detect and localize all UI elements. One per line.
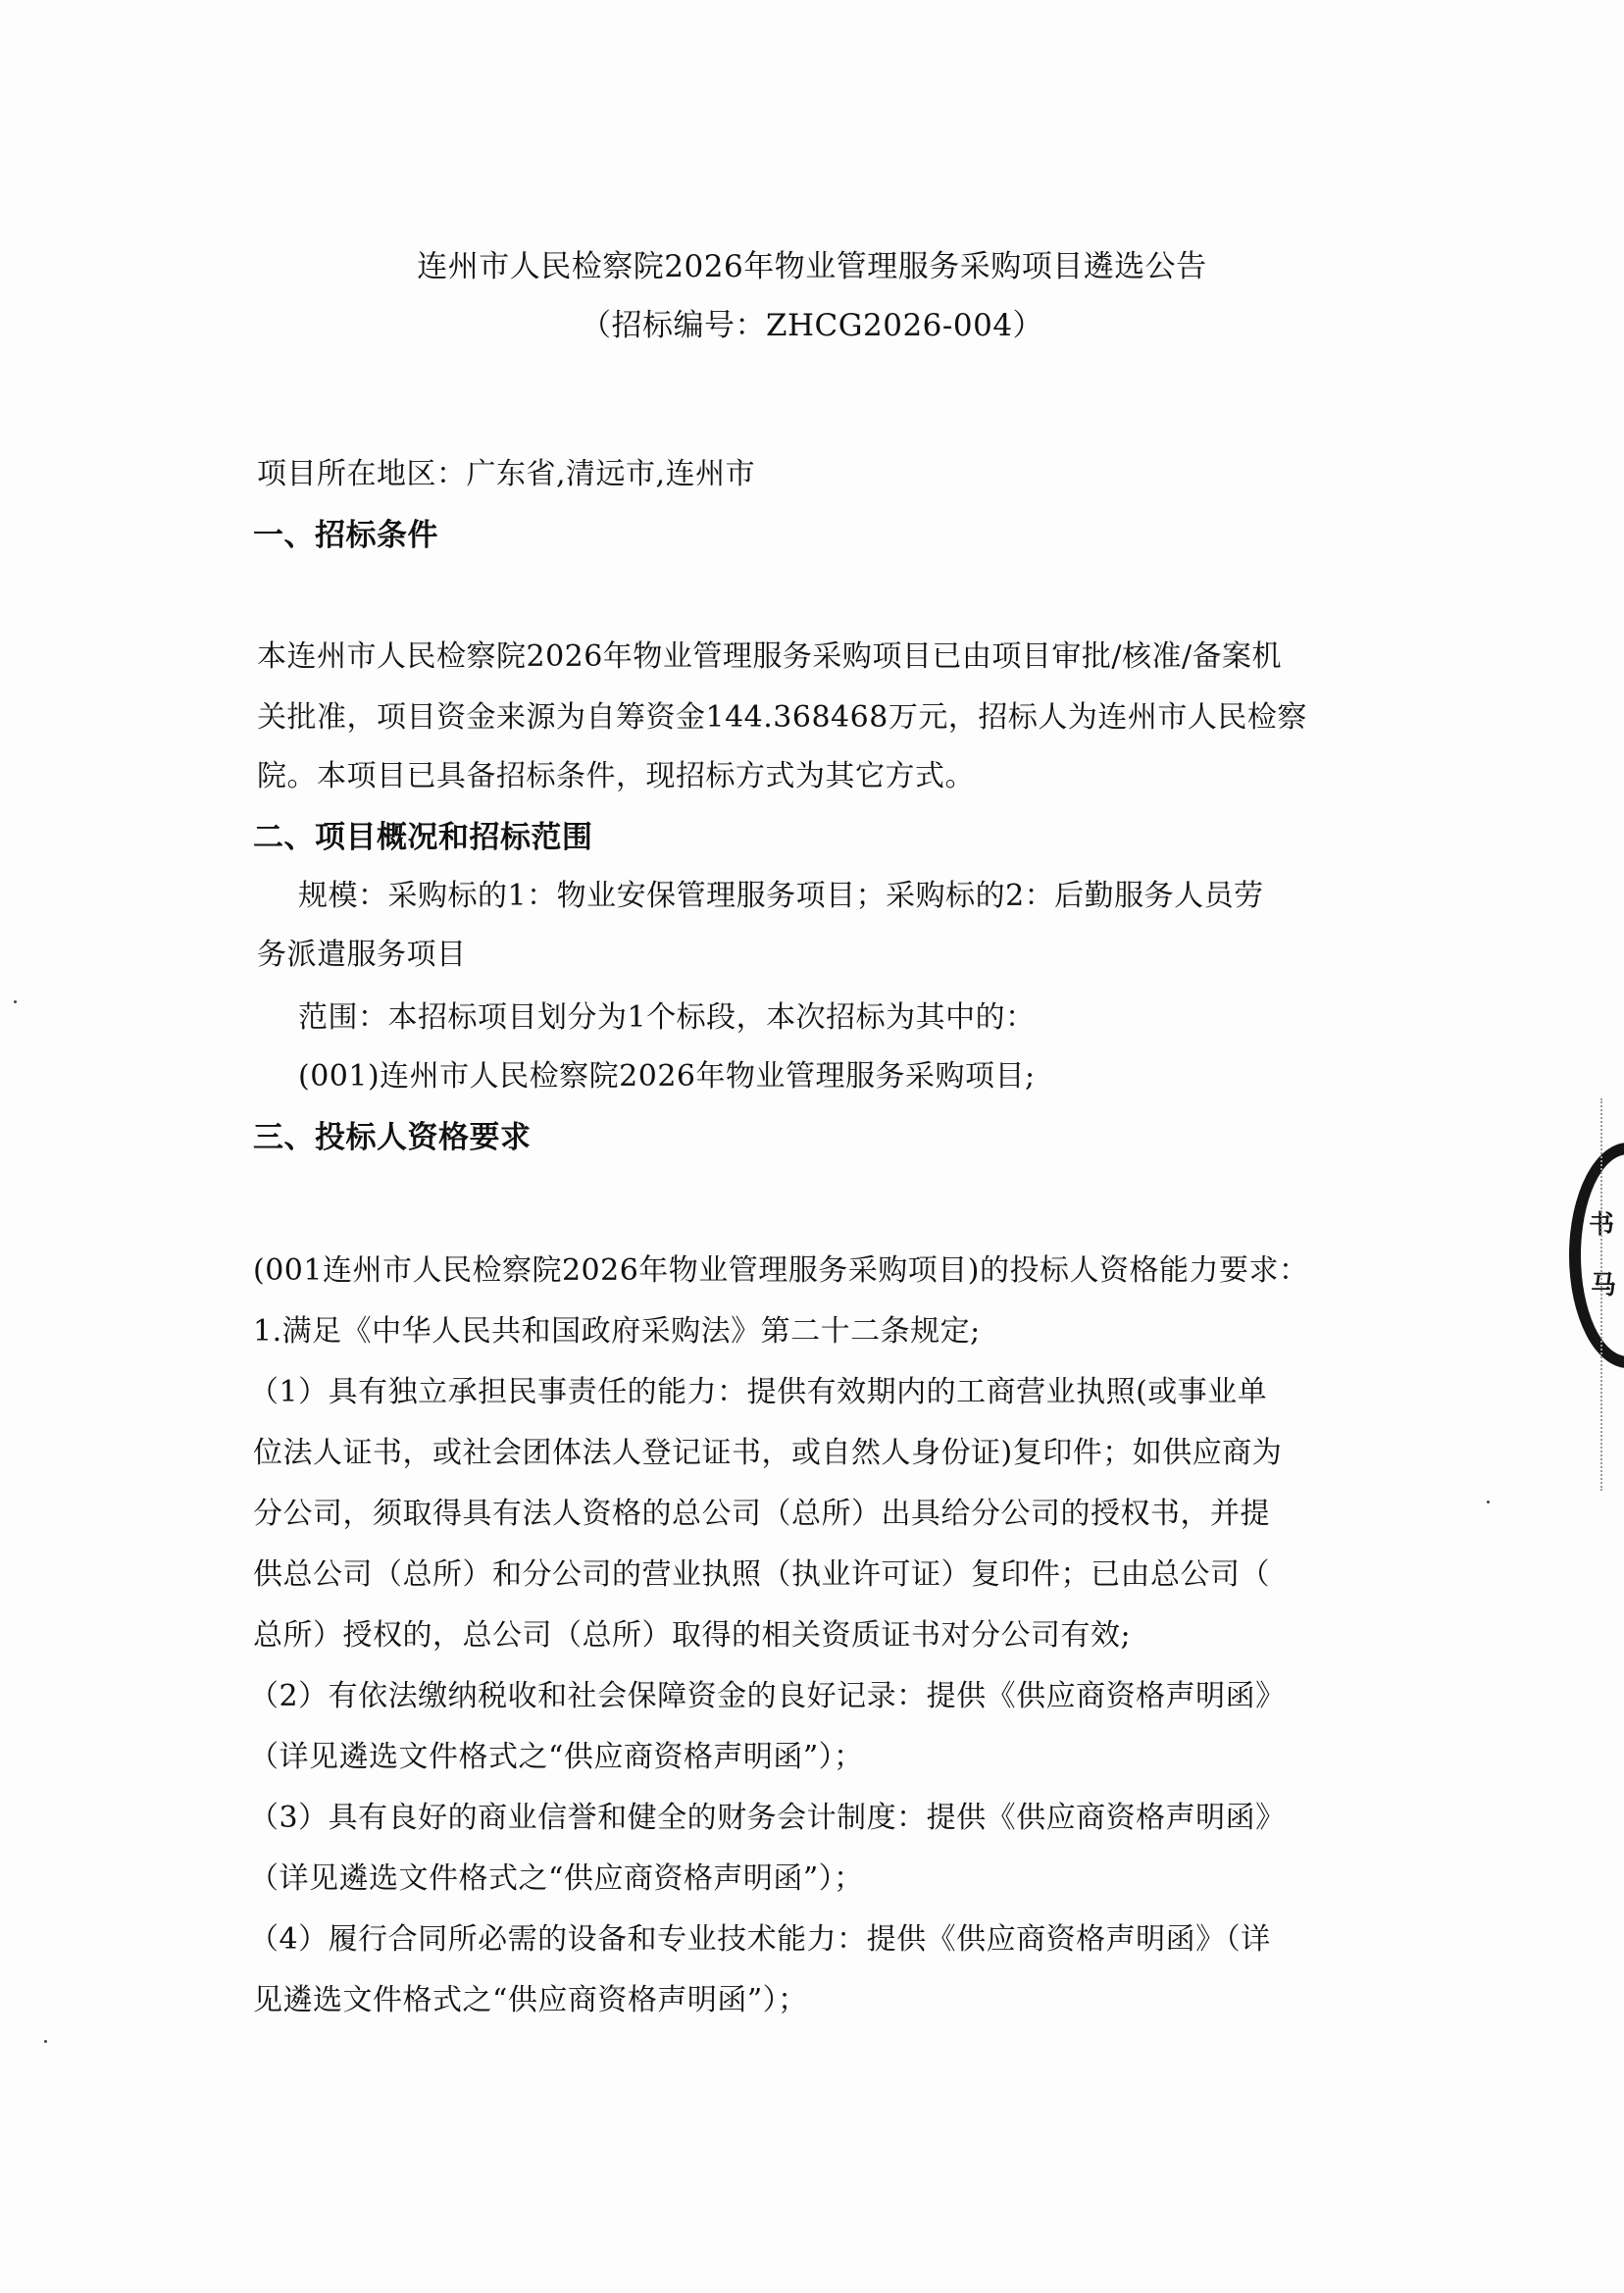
seal-stamp-icon xyxy=(1569,1143,1624,1368)
document-subtitle: （招标编号：ZHCG2026-004） xyxy=(0,306,1624,345)
paragraph-line: 范围：本招标项目划分为1个标段，本次招标为其中的： xyxy=(298,998,1036,1038)
document-page: 连州市人民检察院2026年物业管理服务采购项目遴选公告 （招标编号：ZHCG20… xyxy=(0,0,1624,2293)
paragraph-line: （1）具有独立承担民事责任的能力：提供有效期内的工商营业执照(或事业单 xyxy=(249,1373,1267,1412)
paragraph-line: 总所）授权的，总公司（总所）取得的相关资质证书对分公司有效; xyxy=(253,1616,1131,1656)
paragraph-line: 院。本项目已具备招标条件，现招标方式为其它方式。 xyxy=(257,757,975,796)
paragraph-line: 位法人证书，或社会团体法人登记证书，或自然人身份证)复印件；如供应商为 xyxy=(253,1434,1282,1473)
paragraph-line: (001)连州市人民检察院2026年物业管理服务采购项目; xyxy=(298,1057,1036,1096)
document-title: 连州市人民检察院2026年物业管理服务采购项目遴选公告 xyxy=(0,247,1624,286)
paragraph-line: 1.满足《中华人民共和国政府采购法》第二十二条规定; xyxy=(253,1312,981,1351)
paragraph-line: （3）具有良好的商业信誉和健全的财务会计制度：提供《供应商资格声明函》 xyxy=(249,1799,1286,1838)
paragraph-line: 关批准，项目资金来源为自筹资金144.368468万元，招标人为连州市人民检察 xyxy=(257,698,1307,738)
project-region: 项目所在地区：广东省,清远市,连州市 xyxy=(257,455,755,494)
paragraph-line: 规模：采购标的1：物业安保管理服务项目；采购标的2：后勤服务人员劳 xyxy=(298,877,1264,916)
scan-edge-artifact xyxy=(1600,1098,1604,1491)
paragraph-line: （2）有依法缴纳税收和社会保障资金的良好记录：提供《供应商资格声明函》 xyxy=(249,1677,1286,1716)
paragraph-line: 见遴选文件格式之“供应商资格声明函”）； xyxy=(253,1981,808,2020)
paragraph-line: （4）履行合同所必需的设备和专业技术能力：提供《供应商资格声明函》（详 xyxy=(249,1920,1271,1960)
section-heading-bidder-qualifications: 三、投标人资格要求 xyxy=(253,1118,532,1157)
paragraph-line: 供总公司（总所）和分公司的营业执照（执业许可证）复印件；已由总公司（ xyxy=(253,1555,1270,1595)
paragraph-line: （详见遴选文件格式之“供应商资格声明函”）； xyxy=(249,1860,864,1899)
section-heading-bidding-conditions: 一、招标条件 xyxy=(253,516,438,555)
paragraph-line: 分公司，须取得具有法人资格的总公司（总所）出具给分公司的授权书，并提 xyxy=(253,1495,1270,1534)
scan-speck xyxy=(14,1000,17,1003)
scan-speck xyxy=(44,2040,47,2043)
paragraph-line: 务派遣服务项目 xyxy=(257,936,467,975)
paragraph-line: （详见遴选文件格式之“供应商资格声明函”）； xyxy=(249,1738,864,1777)
paragraph-line: (001连州市人民检察院2026年物业管理服务采购项目)的投标人资格能力要求： xyxy=(253,1251,1309,1291)
scan-speck xyxy=(1487,1501,1490,1503)
section-heading-project-overview: 二、项目概况和招标范围 xyxy=(253,818,593,857)
paragraph-line: 本连州市人民检察院2026年物业管理服务采购项目已由项目审批/核准/备案机 xyxy=(257,637,1282,677)
